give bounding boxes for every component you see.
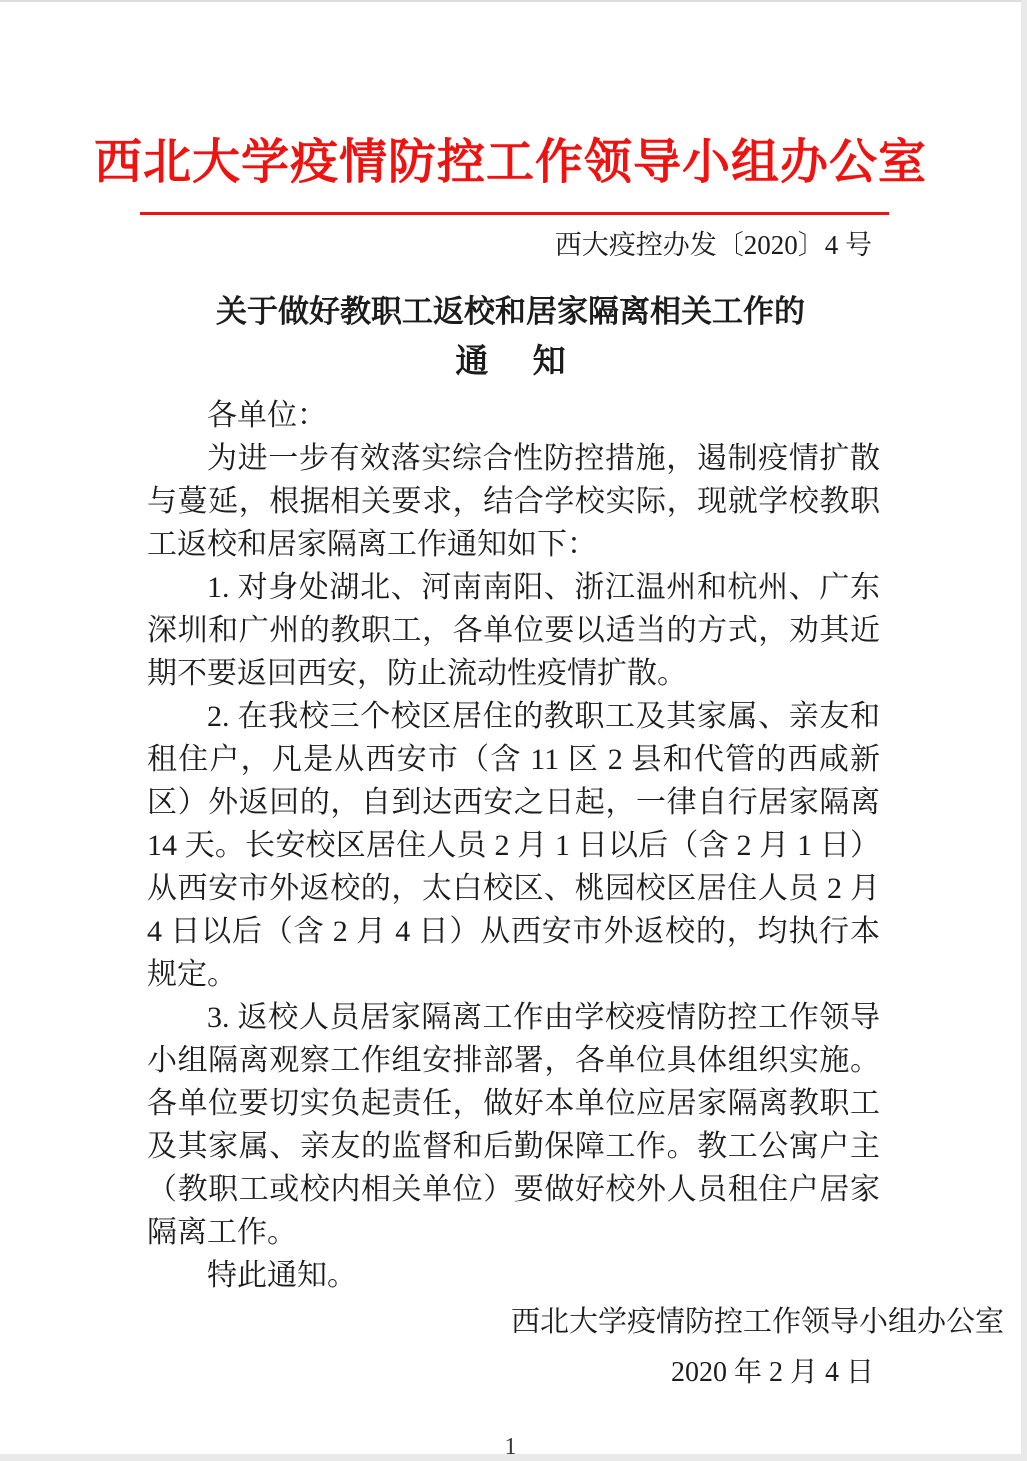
- document-title-line1: 关于做好教职工返校和居家隔离相关工作的: [0, 291, 1021, 333]
- paragraph-item-1: 1. 对身处湖北、河南南阳、浙江温州和杭州、广东深圳和广州的教职工，各单位要以适…: [147, 566, 880, 695]
- document-page: 西北大学疫情防控工作领导小组办公室 西大疫控办发〔2020〕4 号 关于做好教职…: [0, 0, 1021, 1454]
- document-title-char-tong: 通: [455, 340, 488, 384]
- paragraph-intro: 为进一步有效落实综合性防控措施，遏制疫情扩散与蔓延，根据相关要求，结合学校实际，…: [147, 437, 880, 566]
- signature-org-name: 西北大学疫情防控工作领导小组办公室: [0, 1304, 1021, 1340]
- document-title-line2: 通 知: [0, 340, 1021, 384]
- salutation: 各单位：: [147, 394, 880, 437]
- closing-phrase: 特此通知。: [147, 1254, 880, 1297]
- paragraph-item-2: 2. 在我校三个校区居住的教职工及其家属、亲友和租住户，凡是从西安市（含 11 …: [147, 695, 880, 996]
- document-number: 西大疫控办发〔2020〕4 号: [0, 228, 1021, 262]
- page-edge-bottom: [0, 1454, 1027, 1461]
- document-body: 各单位： 为进一步有效落实综合性防控措施，遏制疫情扩散与蔓延，根据相关要求，结合…: [147, 394, 880, 1297]
- letterhead-rule: [140, 212, 889, 215]
- document-title-char-zhi: 知: [533, 340, 566, 384]
- letterhead-org-name: 西北大学疫情防控工作领导小组办公室: [0, 126, 1021, 200]
- signature-date: 2020 年 2 月 4 日: [0, 1356, 1021, 1390]
- paragraph-item-3: 3. 返校人员居家隔离工作由学校疫情防控工作领导小组隔离观察工作组安排部署，各单…: [147, 996, 880, 1254]
- page-edge-right: [1021, 0, 1027, 1461]
